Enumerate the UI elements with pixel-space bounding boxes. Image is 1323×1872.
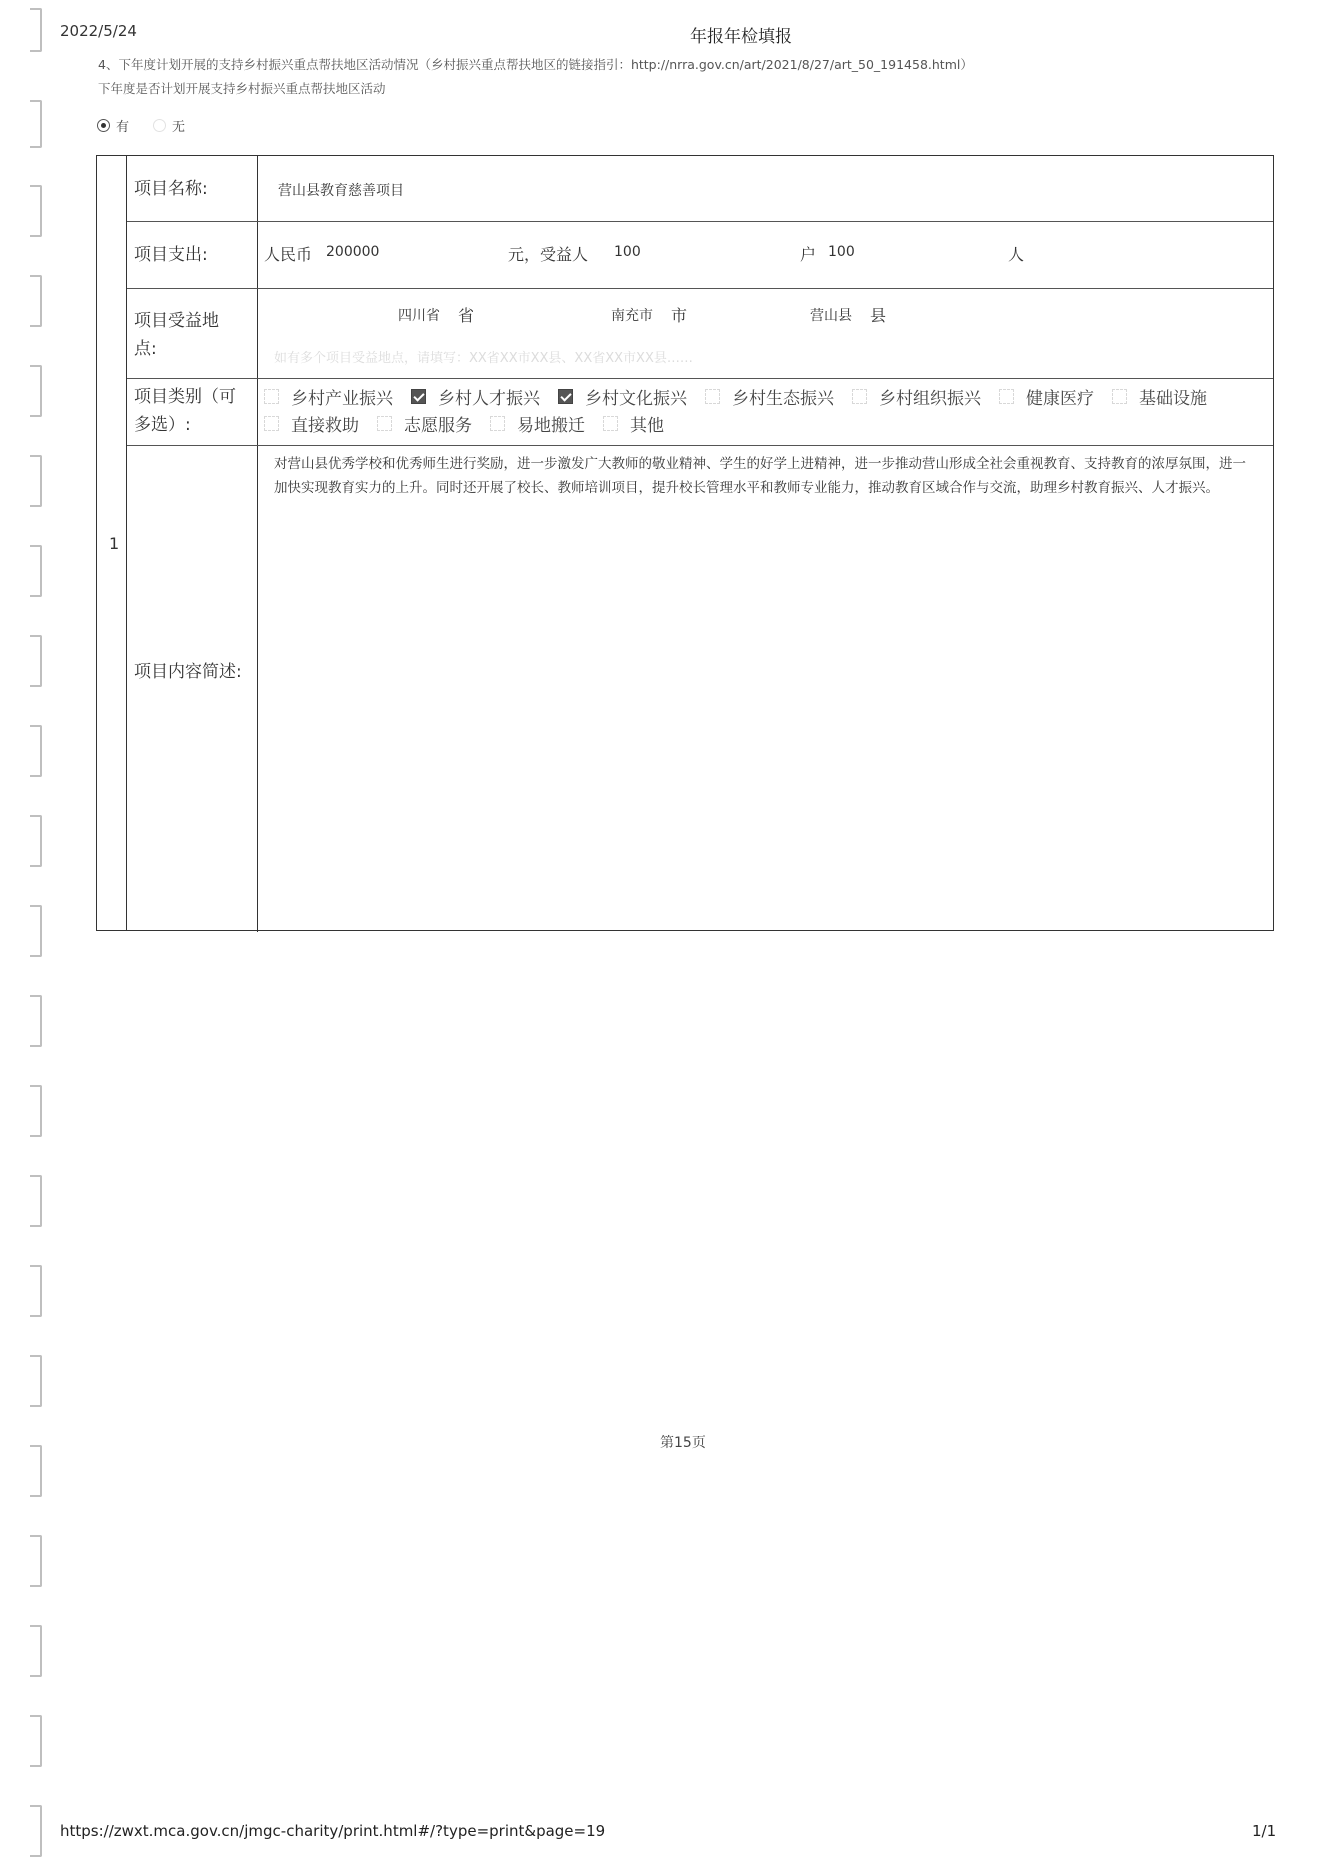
section-heading: 4、下年度计划开展的支持乡村振兴重点帮扶地区活动情况（乡村振兴重点帮扶地区的链接… — [98, 55, 973, 73]
binder-mark — [30, 1535, 42, 1587]
project-location-field: 四川省 省 南充市 市 营山县 县 如有多个项目受益地点，请填写：XX省XX市X… — [258, 289, 1273, 378]
section-question: 下年度是否计划开展支持乡村振兴重点帮扶地区活动 — [98, 79, 386, 97]
checkbox-icon — [852, 389, 867, 404]
checkbox-icon — [999, 389, 1014, 404]
category-ecology[interactable]: 乡村生态振兴 — [705, 384, 834, 409]
category-line-1: 乡村产业振兴 乡村人才振兴 乡村文化振兴 乡村生态振兴 乡村组织振兴 健康医疗 … — [264, 384, 1225, 409]
binder-mark — [30, 1265, 42, 1317]
people-input[interactable]: 100 — [828, 244, 855, 260]
category-other[interactable]: 其他 — [603, 411, 664, 436]
checkbox-icon — [1112, 389, 1127, 404]
checkbox-checked-icon — [558, 389, 573, 404]
radio-yes[interactable] — [97, 119, 110, 132]
category-direct-aid[interactable]: 直接救助 — [264, 411, 359, 436]
binder-mark — [30, 905, 42, 957]
binder-mark — [30, 995, 42, 1047]
checkbox-icon — [377, 416, 392, 431]
project-expense-label: 项目支出: — [127, 222, 258, 288]
page-title: 年报年检填报 — [690, 22, 792, 47]
binder-mark — [30, 1175, 42, 1227]
province-select[interactable]: 四川省 — [398, 305, 440, 325]
unit-ren-label: 人 — [1008, 242, 1024, 265]
category-health[interactable]: 健康医疗 — [999, 384, 1094, 409]
radio-yes-label: 有 — [116, 116, 129, 135]
category-culture[interactable]: 乡村文化振兴 — [558, 384, 687, 409]
city-unit: 市 — [671, 303, 687, 326]
checkbox-icon — [705, 389, 720, 404]
category-volunteer[interactable]: 志愿服务 — [377, 411, 472, 436]
province-unit: 省 — [458, 303, 474, 326]
binder-mark — [30, 1445, 42, 1497]
project-expense-row: 项目支出: 人民币 200000 元，受益人 100 户 100 人 — [127, 222, 1273, 289]
binder-mark — [30, 8, 42, 52]
county-unit: 县 — [870, 303, 886, 326]
checkbox-checked-icon — [411, 389, 426, 404]
page-number: 第15页 — [660, 1432, 706, 1452]
binder-mark — [30, 455, 42, 507]
project-name-field[interactable]: 营山县教育慈善项目 — [258, 156, 1273, 221]
households-input[interactable]: 100 — [614, 244, 641, 260]
project-description-field[interactable]: 对营山县优秀学校和优秀师生进行奖励，进一步激发广大教师的敬业精神、学生的好学上进… — [258, 446, 1273, 932]
binder-mark — [30, 635, 42, 687]
project-description-label: 项目内容简述: — [127, 446, 258, 932]
checkbox-icon — [264, 389, 279, 404]
binder-mark — [30, 1625, 42, 1677]
county-select[interactable]: 营山县 — [810, 305, 852, 325]
plan-radio-group: 有 无 — [97, 116, 203, 135]
project-expense-field: 人民币 200000 元，受益人 100 户 100 人 — [258, 222, 1273, 288]
project-name-row: 项目名称: 营山县教育慈善项目 — [127, 156, 1273, 222]
city-select[interactable]: 南充市 — [611, 305, 653, 325]
unit-hu-label: 户 — [800, 242, 816, 265]
binder-mark — [30, 1355, 42, 1407]
category-organization[interactable]: 乡村组织振兴 — [852, 384, 981, 409]
row-index-column: 1 — [97, 156, 127, 930]
binder-mark — [30, 545, 42, 597]
category-talent[interactable]: 乡村人才振兴 — [411, 384, 540, 409]
binder-mark — [30, 1085, 42, 1137]
checkbox-icon — [603, 416, 618, 431]
checkbox-icon — [490, 416, 505, 431]
project-description-row: 项目内容简述: 对营山县优秀学校和优秀师生进行奖励，进一步激发广大教师的敬业精神… — [127, 446, 1273, 932]
project-table: 1 项目名称: 营山县教育慈善项目 项目支出: 人民币 200000 元，受益人… — [96, 155, 1274, 931]
binder-mark — [30, 1715, 42, 1767]
binder-mark — [30, 275, 42, 327]
project-location-row: 项目受益地点: 四川省 省 南充市 市 营山县 县 如有多个项目受益地点，请填写… — [127, 289, 1273, 379]
binder-mark — [30, 365, 42, 417]
binder-mark — [30, 1805, 42, 1857]
category-infrastructure[interactable]: 基础设施 — [1112, 384, 1207, 409]
project-name-value: 营山县教育慈善项目 — [278, 180, 404, 200]
currency-prefix: 人民币 — [264, 242, 312, 265]
print-date: 2022/5/24 — [60, 22, 137, 40]
project-category-row: 项目类别（可多选）: 乡村产业振兴 乡村人才振兴 乡村文化振兴 乡村生态振兴 乡… — [127, 379, 1273, 446]
unit-yuan-label: 元，受益人 — [508, 242, 588, 265]
category-relocation[interactable]: 易地搬迁 — [490, 411, 585, 436]
category-line-2: 直接救助 志愿服务 易地搬迁 其他 — [264, 411, 682, 436]
project-location-label: 项目受益地点: — [127, 289, 258, 378]
footer-page-count: 1/1 — [1252, 1822, 1276, 1840]
radio-no[interactable] — [153, 119, 166, 132]
project-description-text: 对营山县优秀学校和优秀师生进行奖励，进一步激发广大教师的敬业精神、学生的好学上进… — [274, 452, 1259, 500]
project-category-field: 乡村产业振兴 乡村人才振兴 乡村文化振兴 乡村生态振兴 乡村组织振兴 健康医疗 … — [258, 379, 1273, 445]
binder-mark — [30, 100, 42, 148]
project-category-label: 项目类别（可多选）: — [127, 379, 258, 445]
binder-mark — [30, 185, 42, 237]
binder-mark — [30, 725, 42, 777]
multi-location-input[interactable]: 如有多个项目受益地点，请填写：XX省XX市XX县、XX省XX市XX县…… — [274, 347, 693, 366]
project-index: 1 — [109, 534, 119, 553]
project-name-label: 项目名称: — [127, 156, 258, 221]
radio-no-label: 无 — [172, 116, 185, 135]
binder-mark — [30, 815, 42, 867]
footer-url: https://zwxt.mca.gov.cn/jmgc-charity/pri… — [60, 1822, 605, 1840]
category-industry[interactable]: 乡村产业振兴 — [264, 384, 393, 409]
expense-amount-input[interactable]: 200000 — [326, 244, 379, 260]
checkbox-icon — [264, 416, 279, 431]
